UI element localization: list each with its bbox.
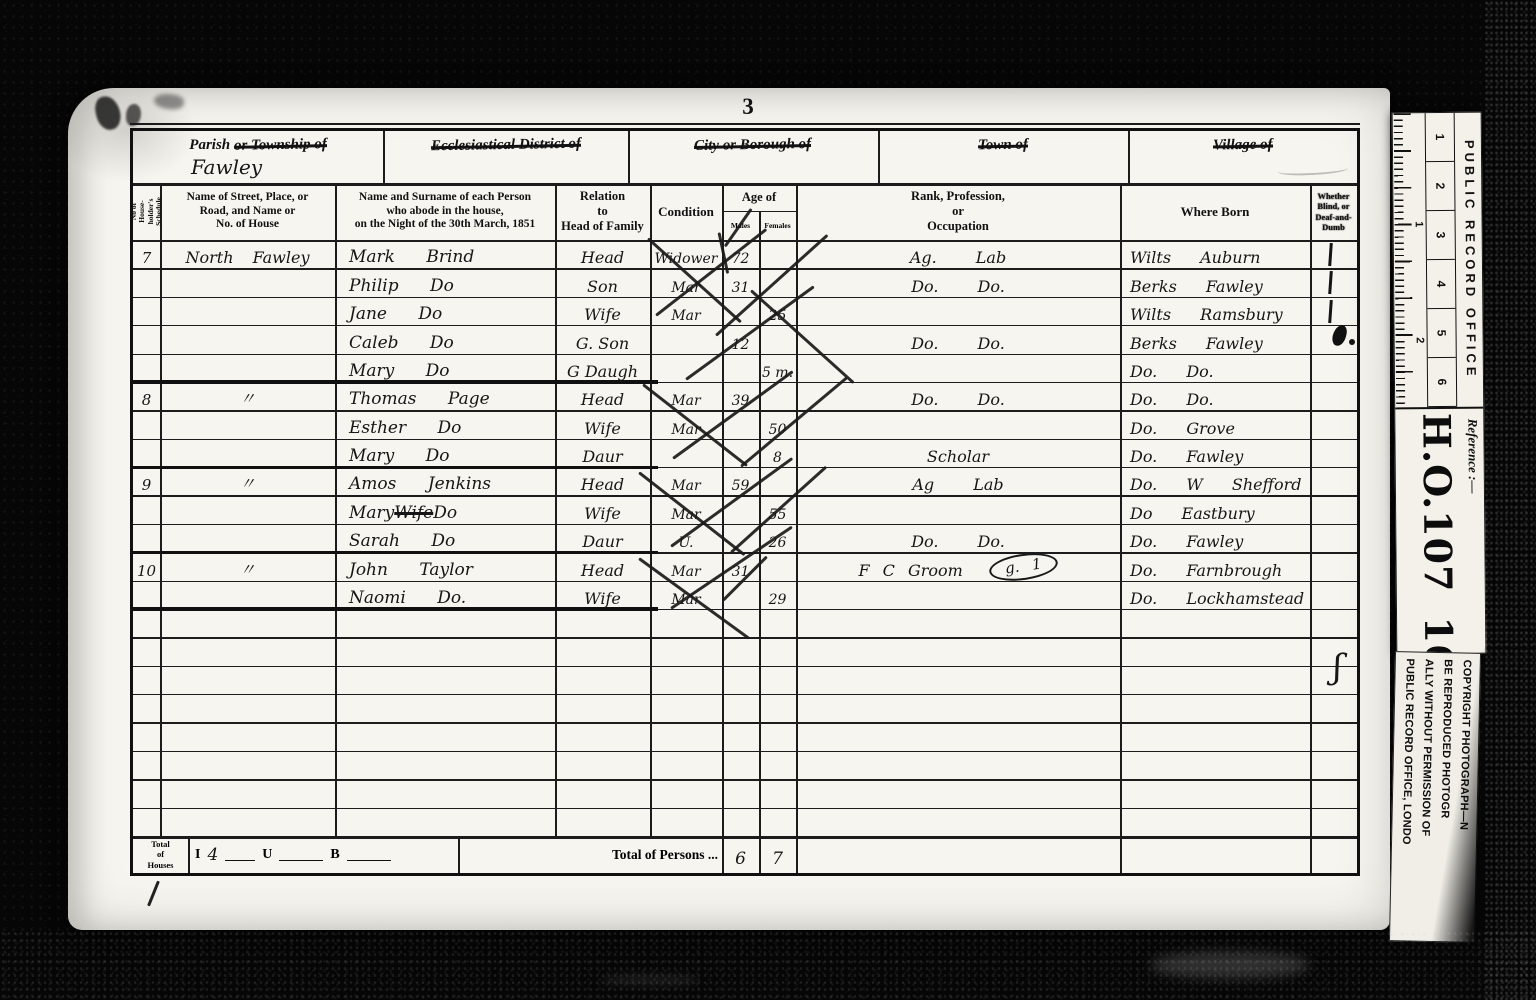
struck-word: Wife [394,503,433,523]
cell-name: Mary Wife Do [335,495,555,523]
census-form-paper: 3 Parish or Township of Fawley Ecclesias… [68,88,1390,930]
col-header-name: Name and Surname of each Person who abod… [335,183,555,240]
rule-line [1310,836,1312,873]
cell-name: Philip Do [335,268,555,296]
rule-line [1120,836,1122,873]
cell-name: Esther Do [335,410,555,438]
rule-line [133,722,1357,723]
city-borough-label: City or Borough of [694,136,811,155]
scan-smudge [1150,952,1310,978]
parish-label-struck: or Township of [234,136,327,155]
col-header-relation: Relation to Head of Family [555,183,650,240]
page-number: 3 [708,94,788,120]
cell-name: Jane Do [335,297,555,325]
cell-relation: Son [555,268,650,296]
cell-relation: Head [555,552,650,580]
copyright-notice-text: COPYRIGHT PHOTOGRAPH—N BE REPRODUCED PHO… [1390,652,1480,940]
cell-name: John Taylor [335,552,555,580]
inch-ruler: 1 2 [1394,113,1428,407]
rule-line [133,666,1357,667]
col-header-street: Name of Street, Place, or Road, and Name… [160,183,335,240]
scale-cell: 2 [1426,162,1454,211]
cell-born: Berks Fawley [1120,325,1357,353]
total-houses-label: Total of Houses [133,836,188,873]
scan-smudge [600,974,700,986]
parish-label-plain: Parish [189,137,230,153]
col-header-females: Females [759,211,796,240]
cell-born: Wilts Ramsbury [1120,297,1357,325]
cell-schedule: 8 [133,382,160,410]
cell-age_f: 5 m. [759,354,796,382]
cell-house: 〃 [160,382,335,410]
total-persons-label: Total of Persons ... [463,836,718,873]
cell-house: 〃 [160,552,335,580]
cell-name: Sarah Do [335,524,555,552]
pro-reference-card: PUBLIC RECORD OFFICE 1 2 3 4 5 6 1 2 Ref… [1392,112,1487,655]
scan-edge-noise [1484,0,1536,1000]
circled-annotation: g. 1 [987,549,1059,584]
cell-name: Mark Brind [335,240,555,268]
col-header-where-born: Where Born [1120,183,1310,240]
cell-name: Amos Jenkins [335,467,555,495]
cell-born: Do. W Shefford [1120,467,1357,495]
rule-line [133,694,1357,695]
cell-born: Do. Do. [1120,382,1357,410]
city-borough-header-cell: City or Borough of [628,131,878,183]
cell-occupation: Do. Do. [796,325,1120,353]
cell-born: Do. Farnbrough [1120,552,1357,580]
cell-age_f: 29 [759,581,796,609]
cell-name: Naomi Do. [335,581,555,609]
cell-name: Mary Do [335,354,555,382]
cell-house: North Fawley [160,240,335,268]
ecclesiastical-header-cell: Ecclesiastical District of [383,131,628,183]
village-label: Village of [1213,136,1273,154]
total-persons-females: 7 [759,836,796,870]
cell-occupation: F C Groomg. 1 [796,552,1120,580]
scanned-census-page: 3 Parish or Township of Fawley Ecclesias… [0,0,1536,1000]
cell-condition: Mar [650,410,722,438]
cell-relation: Daur [555,439,650,467]
scale-cells: 1 2 3 4 5 6 [1425,113,1458,407]
scale-cell: 1 [1426,113,1454,162]
cell-occupation: Do. Do. [796,268,1120,296]
cell-born: Do Eastbury [1120,495,1357,523]
cell-schedule: 9 [133,467,160,495]
town-label: Town of [978,137,1028,155]
cell-born: Do. Lockhamstead [1120,581,1357,609]
cell-born: Do. Fawley [1120,524,1357,552]
cell-occupation: Do. Do. [796,524,1120,552]
cell-house: 〃 [160,467,335,495]
inhabited-label: I [195,847,200,863]
building-label: B [330,847,339,863]
cell-born: Do. Grove [1120,410,1357,438]
cell-born: Wilts Auburn [1120,240,1357,268]
rule-line [133,808,1357,809]
scale-cell: 5 [1427,309,1455,358]
cell-relation: G. Son [555,325,650,353]
cell-relation: Head [555,467,650,495]
cell-age_m: 59 [722,467,759,495]
pencil-mark [1278,163,1348,177]
ecclesiastical-label: Ecclesiastical District of [430,136,580,156]
scale-cell: 6 [1428,358,1456,407]
cell-name: Caleb Do [335,325,555,353]
cell-relation: G Daugh [555,354,650,382]
rule-line [225,848,255,861]
col-header-age: Age of [722,183,796,211]
reference-series: H.O.107 [1414,413,1461,593]
scale-cell: 3 [1426,211,1454,260]
ink-stroke [147,880,160,906]
cell-born: Do. Do. [1120,354,1357,382]
rule-line [133,751,1357,752]
col-header-schedule-text: No of House- holder's Schedule [130,197,163,226]
parish-header-cell: Parish or Township of Fawley [133,131,383,183]
cell-relation: Head [555,382,650,410]
cell-relation: Wife [555,495,650,523]
col-header-occupation: Rank, Profession, or Occupation [796,183,1120,240]
cell-occupation: Do. Do. [796,382,1120,410]
cell-relation: Wife [555,297,650,325]
village-header-cell: Village of [1128,131,1357,183]
rule-line [347,848,391,861]
cell-condition: Widower [650,240,722,268]
cell-schedule: 7 [133,240,160,268]
rule-line [796,836,798,873]
inhabited-value-handwritten: 4 [207,845,218,865]
town-header-cell: Town of [878,131,1128,183]
cell-occupation: Scholar [796,439,1120,467]
col-header-infirmity: Whether Blind, or Deaf-and- Dumb [1310,183,1357,240]
cell-relation: Wife [555,581,650,609]
inch-label: 2 [1414,337,1426,343]
ink-blot [1349,339,1355,345]
cell-age_f: 8 [759,439,796,467]
col-header-condition: Condition [650,183,722,240]
ink-squiggle: ʃ [1333,647,1342,687]
rule-line [188,836,190,873]
cell-schedule: 10 [133,552,160,580]
pro-reference-card-content: PUBLIC RECORD OFFICE 1 2 3 4 5 6 1 2 Ref… [1393,113,1486,651]
cell-born: Berks Fawley [1120,268,1357,296]
cell-relation: Wife [555,410,650,438]
scale-cell: 4 [1427,260,1455,309]
cell-born: Do. Fawley [1120,439,1357,467]
rule-line [160,240,162,836]
cell-occupation: Ag. Lab [796,240,1120,268]
cell-name: Thomas Page [335,382,555,410]
total-houses-values: I 4 U B [195,836,461,873]
cell-occupation: Ag Lab [796,467,1120,495]
parish-value-handwritten: Fawley [191,155,262,179]
uninhabited-label: U [262,847,272,863]
cell-name: Mary Do [335,439,555,467]
inch-label: 1 [1413,221,1425,227]
cell-relation: Head [555,240,650,268]
parish-label: Parish or Township of [189,137,326,154]
census-table: Parish or Township of Fawley Ecclesiasti… [130,128,1360,876]
reference-label: Reference :— [1464,419,1481,494]
public-record-office-label: PUBLIC RECORD OFFICE [1462,113,1480,407]
col-header-schedule: No of House- holder's Schedule [133,183,160,240]
rule-line [133,779,1357,780]
rule-line [279,848,323,861]
total-persons-males: 6 [722,836,759,870]
copyright-notice-card: COPYRIGHT PHOTOGRAPH—N BE REPRODUCED PHO… [1389,651,1481,943]
cell-relation: Daur [555,524,650,552]
